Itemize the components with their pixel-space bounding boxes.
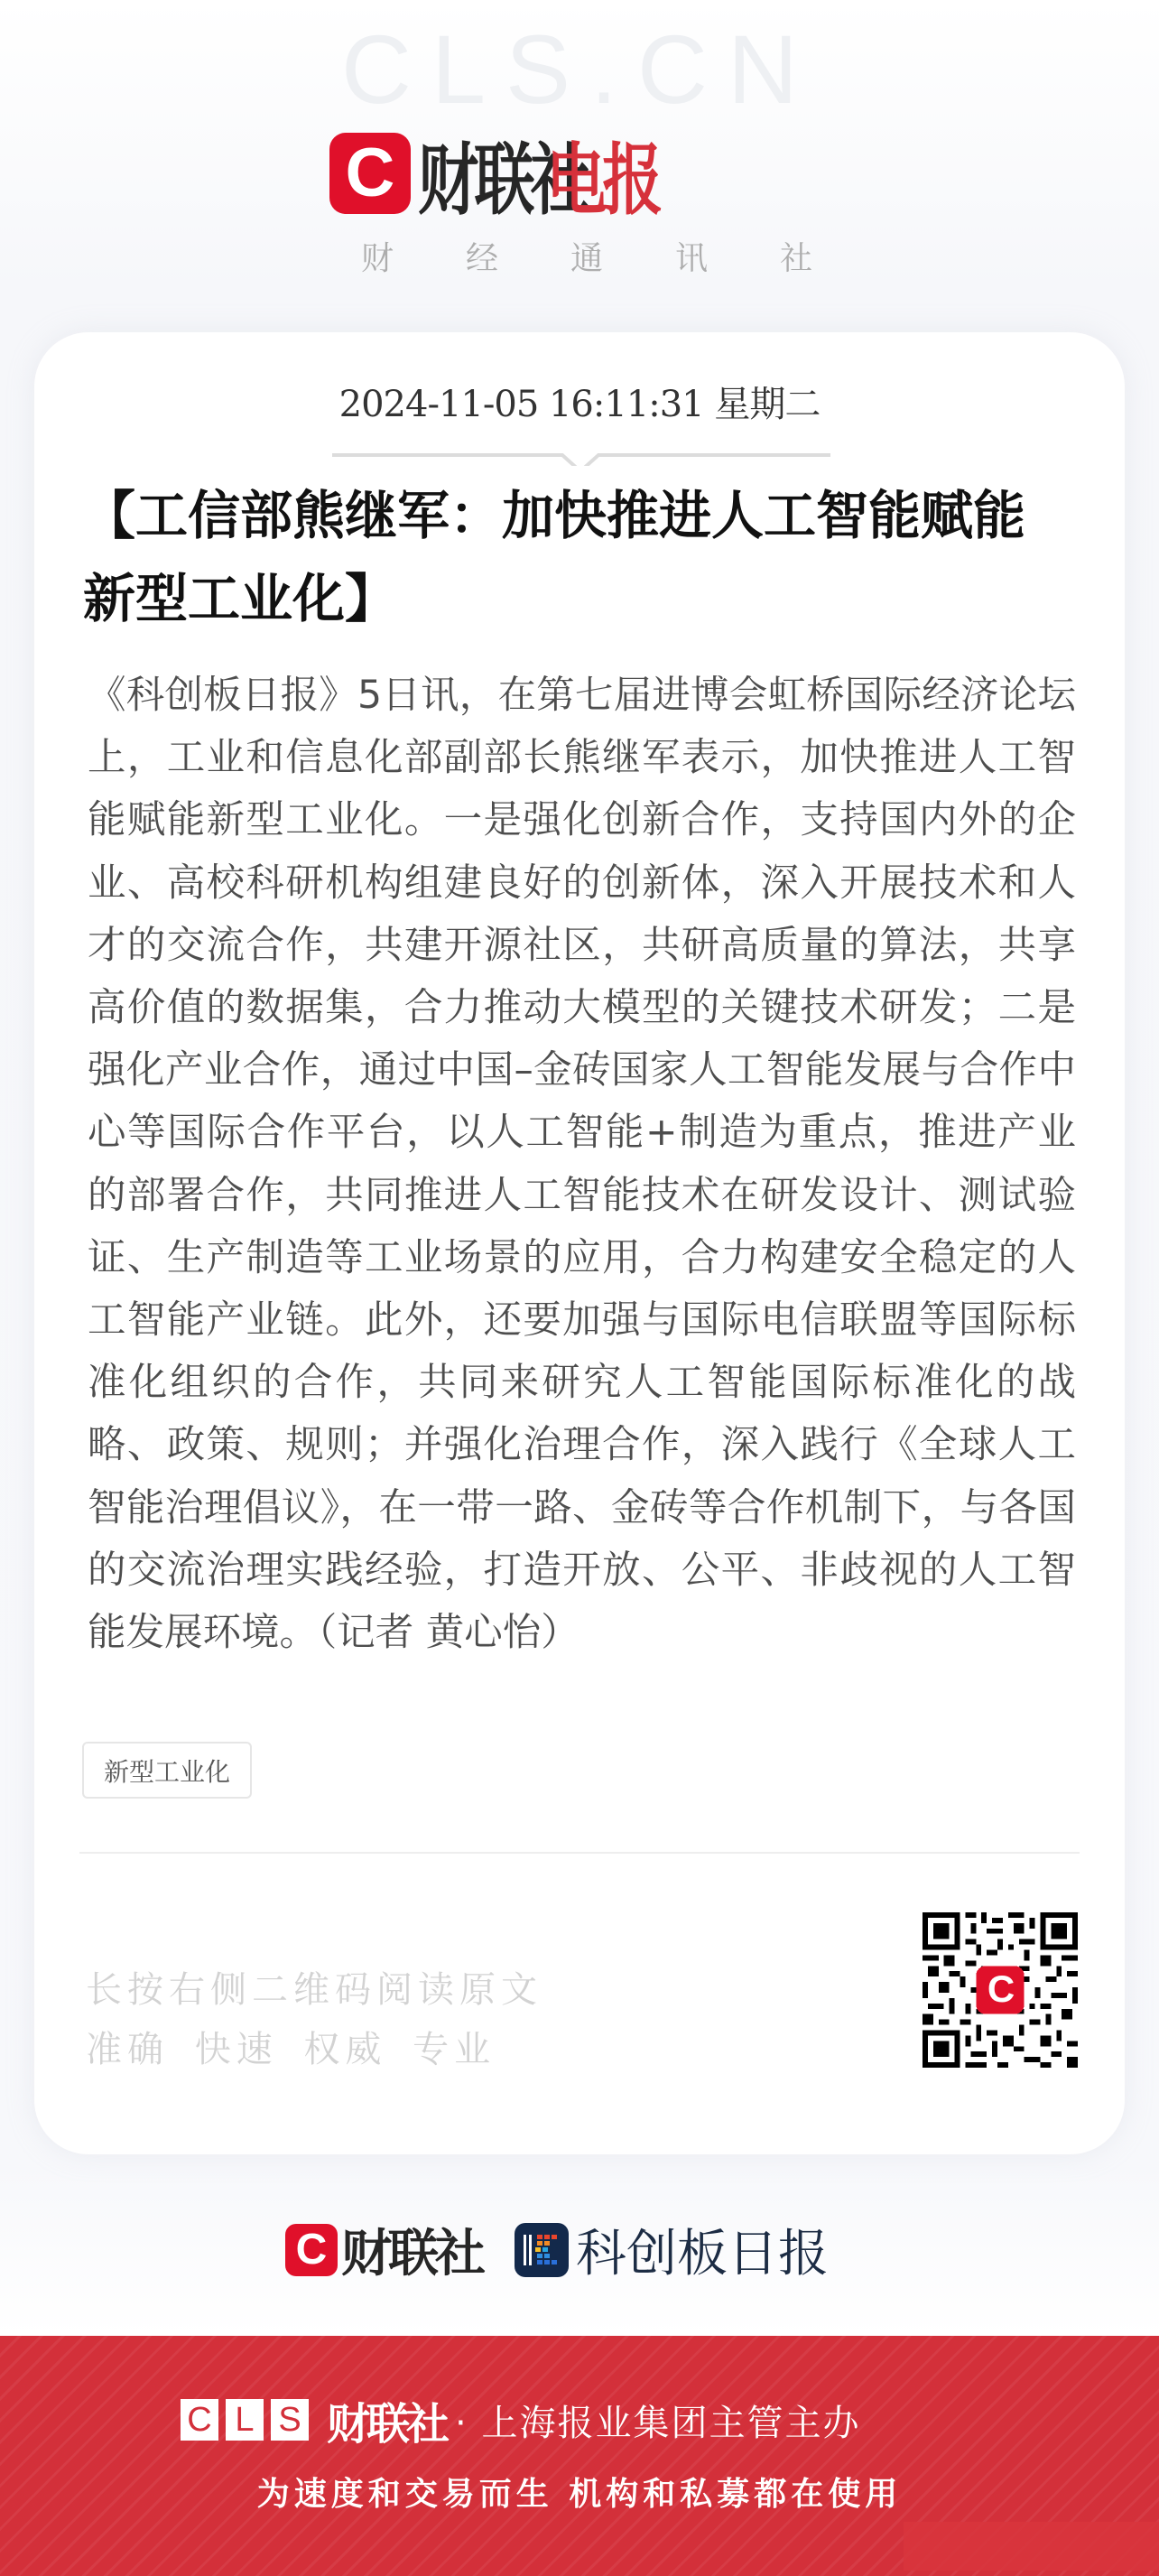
subtitle-char: 通 [570, 233, 603, 279]
banner-tagline: 为速度和交易而生 机构和私募都在使用 [0, 2469, 1159, 2515]
cls-logo-icon: C [285, 2224, 338, 2276]
cls-letter-box: S [271, 2399, 309, 2441]
cls-logo-icon: C [329, 133, 411, 214]
article-datetime: 2024-11-05 16:11:31 星期二 [0, 377, 1159, 432]
subtitle-char: 财 [361, 233, 394, 279]
subtitle-char: 社 [780, 233, 812, 279]
brand-suffix: 电报 [546, 117, 659, 229]
brand-suffix-wrap: 电报 [546, 132, 691, 215]
qr-code[interactable]: C [923, 1912, 1078, 2068]
partner-logos: C 财联社 科创板日报 [285, 2223, 829, 2277]
qr-hint-text: 长按右侧二维码阅读原文 [86, 1961, 542, 2013]
cls-letter-box: C [181, 2399, 218, 2441]
subtitle-char: 讯 [675, 233, 708, 279]
date-divider-notch [332, 439, 830, 466]
article-body: 《科创板日报》5日讯，在第七届进博会虹桥国际经济论坛上，工业和信息化部副部长熊继… [88, 665, 1076, 1664]
blur-patch [904, 2522, 1159, 2571]
banner-org-line: C L S 财联社 · 上海报业集团主管主办 [181, 2398, 860, 2441]
watermark-cls-cn: CLS.CN [0, 20, 1159, 119]
cls-name: 财联社 [341, 2214, 482, 2286]
kcb-name: 科创板日报 [576, 2214, 829, 2286]
article-title: 【工信部熊继军：加快推进人工智能赋能新型工业化】 [83, 474, 1076, 640]
card-divider [79, 1852, 1080, 1854]
banner-org-text: · 上海报业集团主管主办 [455, 2395, 860, 2446]
brand-subtitle: 财 经 通 讯 社 [361, 233, 812, 279]
subtitle-char: 经 [466, 233, 498, 279]
kcb-logo-icon [515, 2223, 569, 2277]
topic-tag[interactable]: 新型工业化 [82, 1742, 252, 1799]
slogan-text: 准确 快速 权威 专业 [86, 2021, 496, 2072]
qr-center-letter: C [977, 1965, 1025, 2013]
banner-cls-name: 财联社 [327, 2389, 446, 2451]
cls-letter-box: L [226, 2399, 264, 2441]
